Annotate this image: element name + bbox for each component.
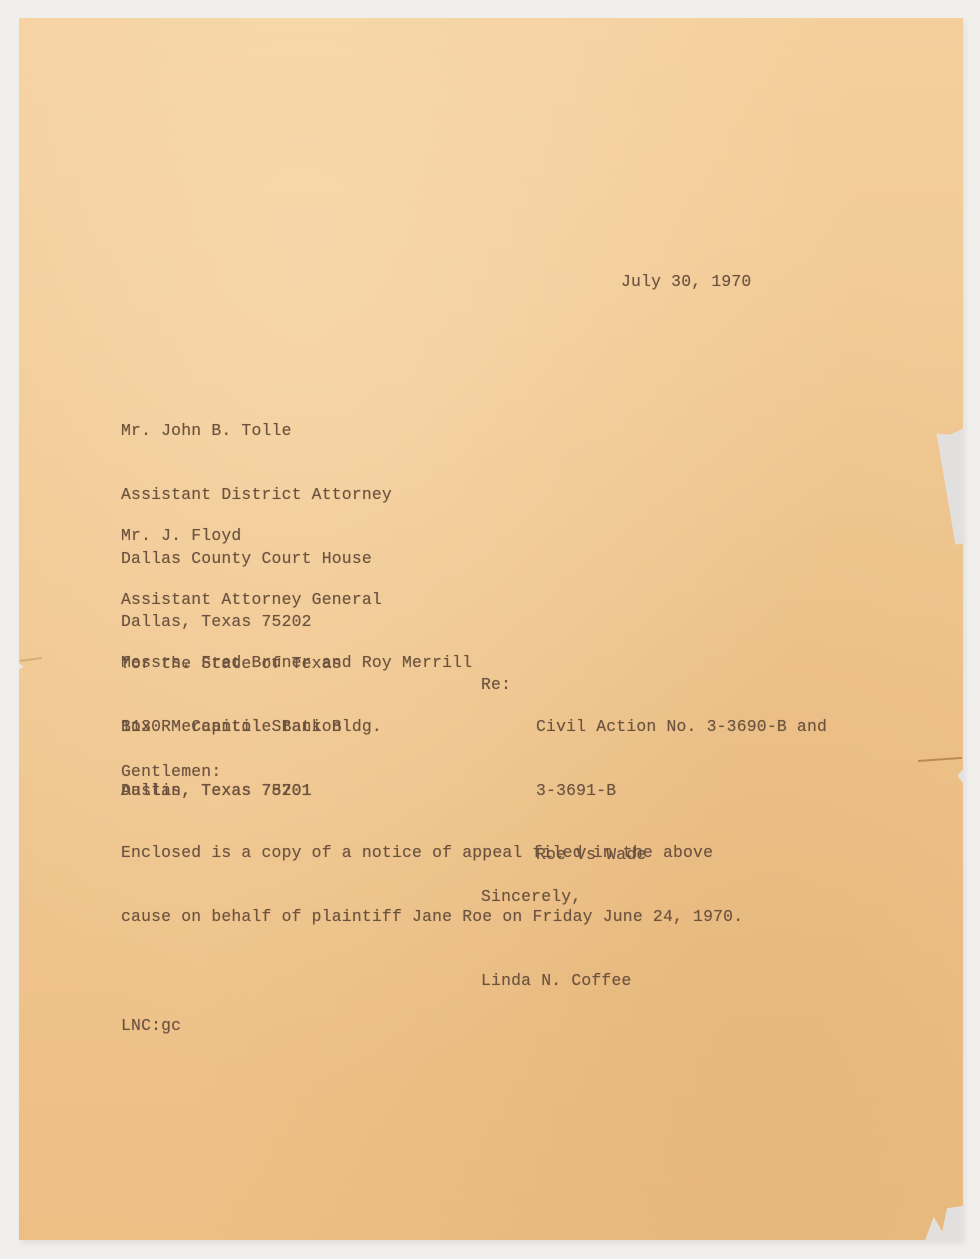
recipient-block-bruner-merrill: Messrs. Fred Bruner and Roy Merrill 1130…	[121, 610, 472, 822]
body-line: cause on behalf of plaintiff Jane Roe on…	[121, 906, 743, 927]
re-line: Civil Action No. 3-3690-B and	[536, 716, 827, 737]
recipient-address: 1130 Mercantile Bank Bldg.	[121, 716, 472, 737]
recipient-city: Dallas, Texas 75201	[121, 780, 472, 801]
reference-initials: LNC:gc	[121, 1015, 181, 1036]
re-line: 3-3691-B	[536, 780, 827, 801]
recipient-title: Assistant Attorney General	[121, 589, 382, 610]
body-line: Enclosed is a copy of a notice of appeal…	[121, 842, 743, 863]
closing: Sincerely,	[481, 886, 581, 907]
recipient-name: Mr. John B. Tolle	[121, 420, 392, 441]
re-label: Re:	[481, 674, 511, 695]
letter-date: July 30, 1970	[621, 271, 751, 292]
recipient-name: Messrs. Fred Bruner and Roy Merrill	[121, 652, 472, 673]
recipient-name: Mr. J. Floyd	[121, 525, 382, 546]
salutation: Gentlemen:	[121, 761, 221, 782]
signature-name: Linda N. Coffee	[481, 970, 632, 991]
letter-body: Enclosed is a copy of a notice of appeal…	[121, 800, 743, 948]
